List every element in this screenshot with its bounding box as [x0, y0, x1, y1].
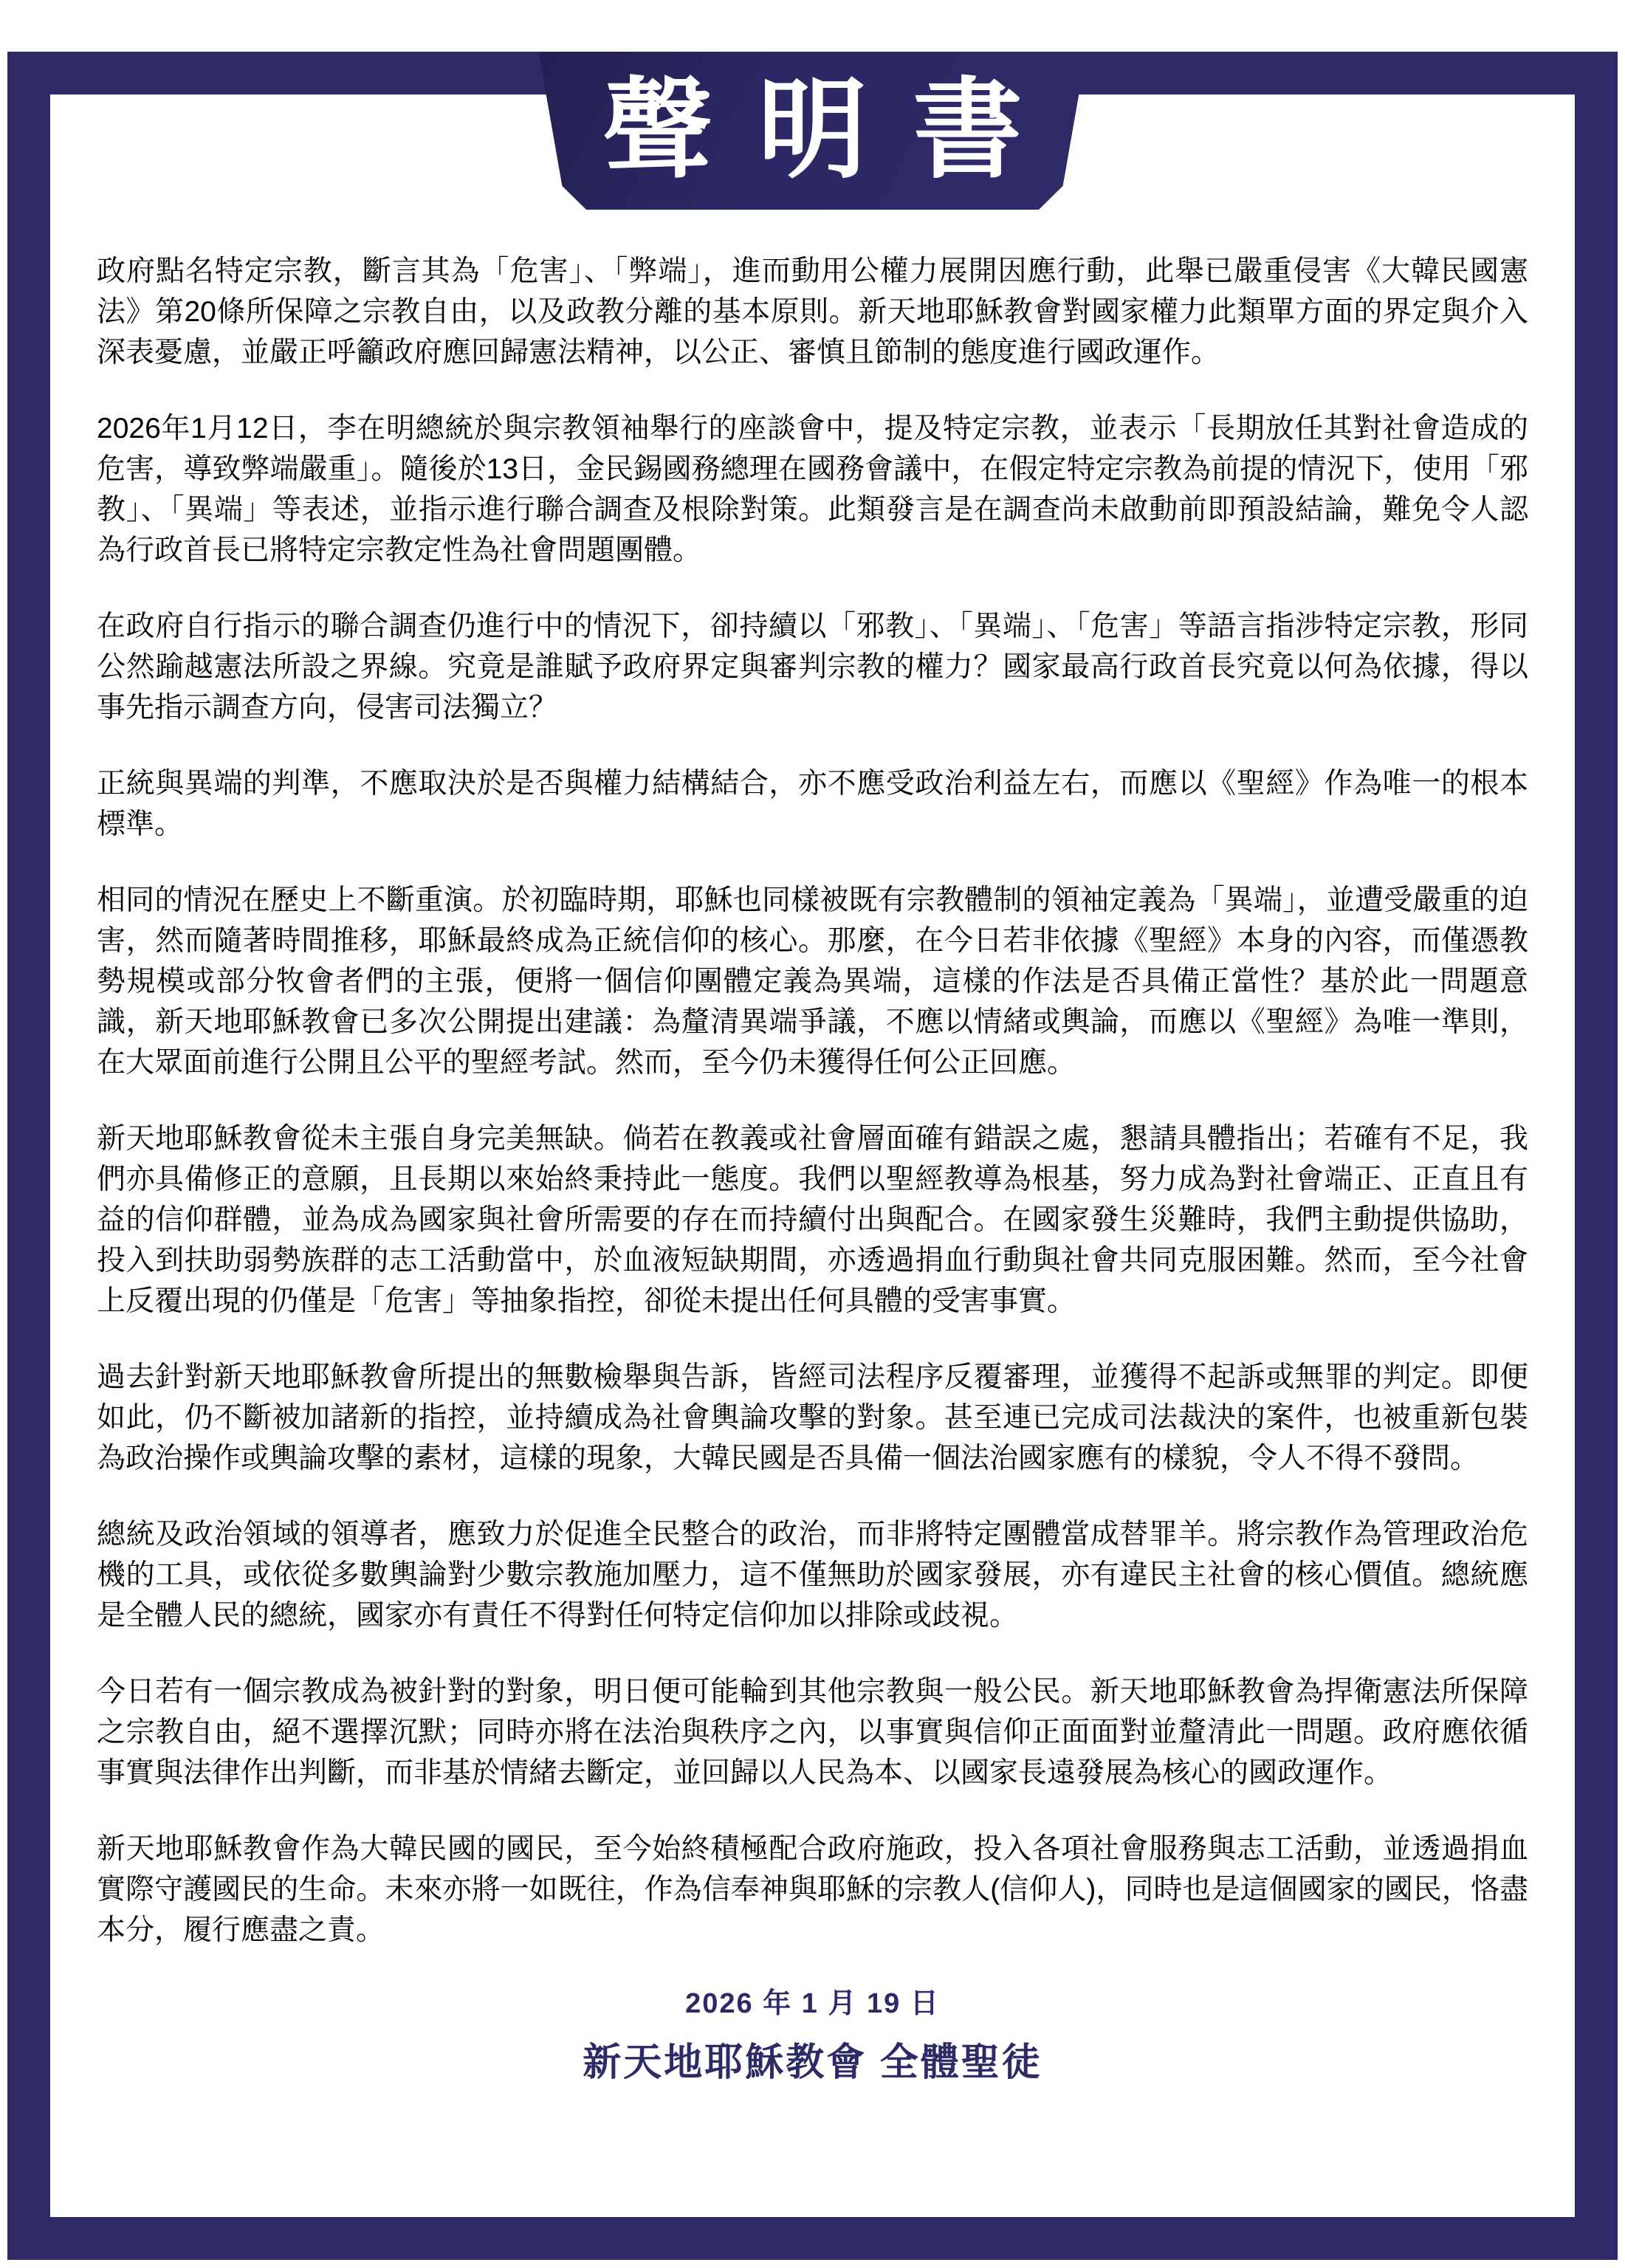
statement-paragraph-4: 正統與異端的判準，不應取決於是否與權力結構結合，亦不應受政治利益左右，而應以《聖… [97, 763, 1528, 845]
document-date: 2026 年 1 月 19 日 [97, 1986, 1528, 2021]
statement-paragraph-5: 相同的情況在歷史上不斷重演。於初臨時期，耶穌也同樣被既有宗教體制的領袖定義為「異… [97, 880, 1528, 1083]
statement-document-page: 聲明書 政府點名特定宗教，斷言其為「危害」、「弊端」，進而動用公權力展開因應行動… [0, 0, 1625, 2268]
statement-paragraph-7: 過去針對新天地耶穌教會所提出的無數檢舉與告訴，皆經司法程序反覆審理，並獲得不起訴… [97, 1357, 1528, 1479]
statement-paragraph-3: 在政府自行指示的聯合調查仍進行中的情況下，卻持續以「邪教」、「異端」、「危害」等… [97, 606, 1528, 728]
document-signature: 新天地耶穌教會 全體聖徒 [97, 2041, 1528, 2085]
statement-paragraph-2: 2026年1月12日，李在明總統於與宗教領袖舉行的座談會中，提及特定宗教，並表示… [97, 408, 1528, 571]
statement-paragraph-6: 新天地耶穌教會從未主張自身完美無缺。倘若在教義或社會層面確有錯誤之處，懇請具體指… [97, 1118, 1528, 1322]
document-footer: 2026 年 1 月 19 日 新天地耶穌教會 全體聖徒 [97, 1986, 1528, 2085]
statement-paragraph-1: 政府點名特定宗教，斷言其為「危害」、「弊端」，進而動用公權力展開因應行動，此舉已… [97, 251, 1528, 373]
statement-paragraph-10: 新天地耶穌教會作為大韓民國的國民，至今始終積極配合政府施政，投入各項社會服務與志… [97, 1829, 1528, 1951]
statement-paragraph-8: 總統及政治領域的領導者，應致力於促進全民整合的政治，而非將特定團體當成替罪羊。將… [97, 1514, 1528, 1636]
document-title: 聲明書 [557, 76, 1068, 185]
statement-paragraph-9: 今日若有一個宗教成為被針對的對象，明日便可能輪到其他宗教與一般公民。新天地耶穌教… [97, 1671, 1528, 1793]
document-body: 政府點名特定宗教，斷言其為「危害」、「弊端」，進而動用公權力展開因應行動，此舉已… [97, 251, 1528, 2085]
title-ribbon-banner: 聲明書 [539, 52, 1087, 210]
